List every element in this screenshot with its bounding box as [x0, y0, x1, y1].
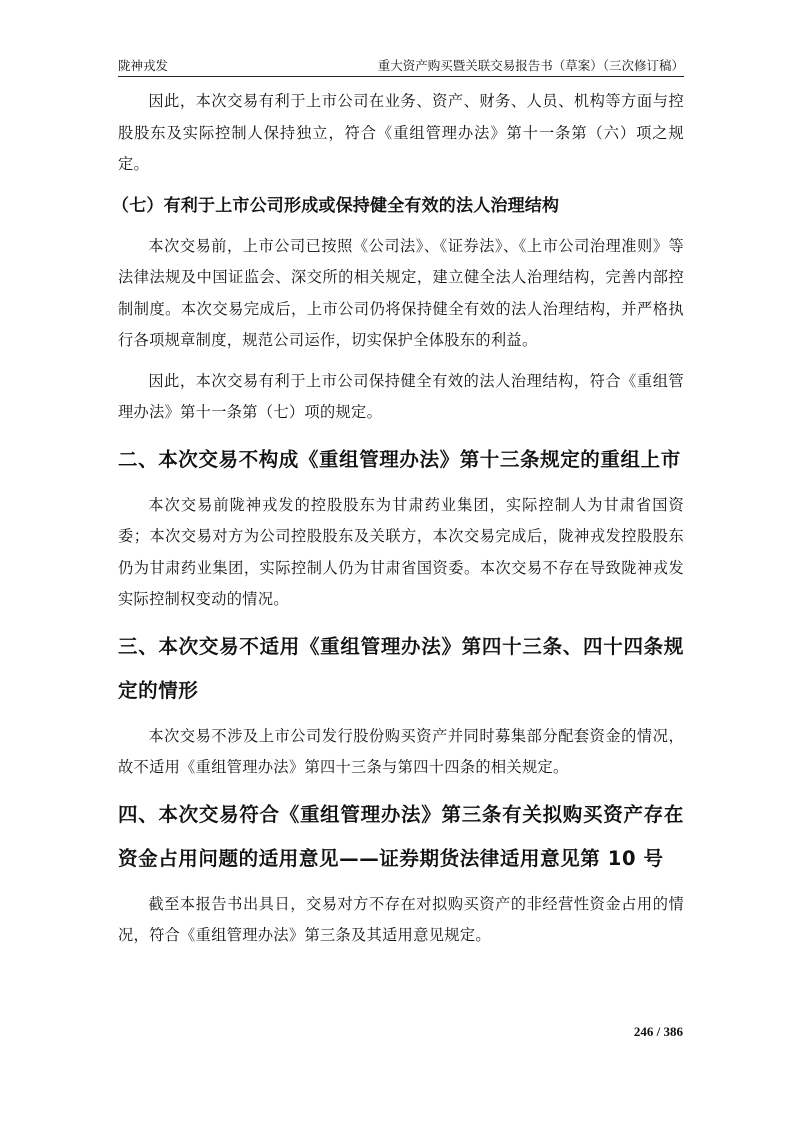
page-number: 246 / 386 [634, 1024, 683, 1040]
page-content: 因此，本次交易有利于上市公司在业务、资产、财务、人员、机构等方面与控股股东及实际… [118, 86, 684, 961]
heading-section-three: 三、本次交易不适用《重组管理办法》第四十三条、四十四条规定的情形 [118, 625, 684, 713]
header-company-name: 陇神戎发 [118, 58, 168, 74]
heading-section-two: 二、本次交易不构成《重组管理办法》第十三条规定的重组上市 [118, 438, 684, 482]
header-document-title: 重大资产购买暨关联交易报告书（草案）（三次修订稿） [378, 58, 684, 74]
paragraph-governance-conclusion: 因此，本次交易有利于上市公司保持健全有效的法人治理结构，符合《重组管理办法》第十… [118, 366, 684, 429]
paragraph-no-fund-occupation: 截至本报告书出具日，交易对方不存在对拟购买资产的非经营性资金占用的情况，符合《重… [118, 889, 684, 952]
paragraph-articles-not-applicable: 本次交易不涉及上市公司发行股份购买资产并同时募集部分配套资金的情况，故不适用《重… [118, 721, 684, 784]
paragraph-governance-detail: 本次交易前，上市公司已按照《公司法》、《证券法》、《上市公司治理准则》等法律法规… [118, 231, 684, 357]
document-page: 陇神戎发 重大资产购买暨关联交易报告书（草案）（三次修订稿） 因此，本次交易有利… [0, 0, 793, 1122]
heading-section-four: 四、本次交易符合《重组管理办法》第三条有关拟购买资产存在资金占用问题的适用意见—… [118, 793, 684, 881]
paragraph-control-unchanged: 本次交易前陇神戎发的控股股东为甘肃药业集团，实际控制人为甘肃省国资委；本次交易对… [118, 490, 684, 616]
paragraph-independence-conclusion: 因此，本次交易有利于上市公司在业务、资产、财务、人员、机构等方面与控股股东及实际… [118, 86, 684, 181]
heading-governance-structure: （七）有利于上市公司形成或保持健全有效的法人治理结构 [112, 193, 684, 219]
page-header: 陇神戎发 重大资产购买暨关联交易报告书（草案）（三次修订稿） [118, 54, 684, 77]
